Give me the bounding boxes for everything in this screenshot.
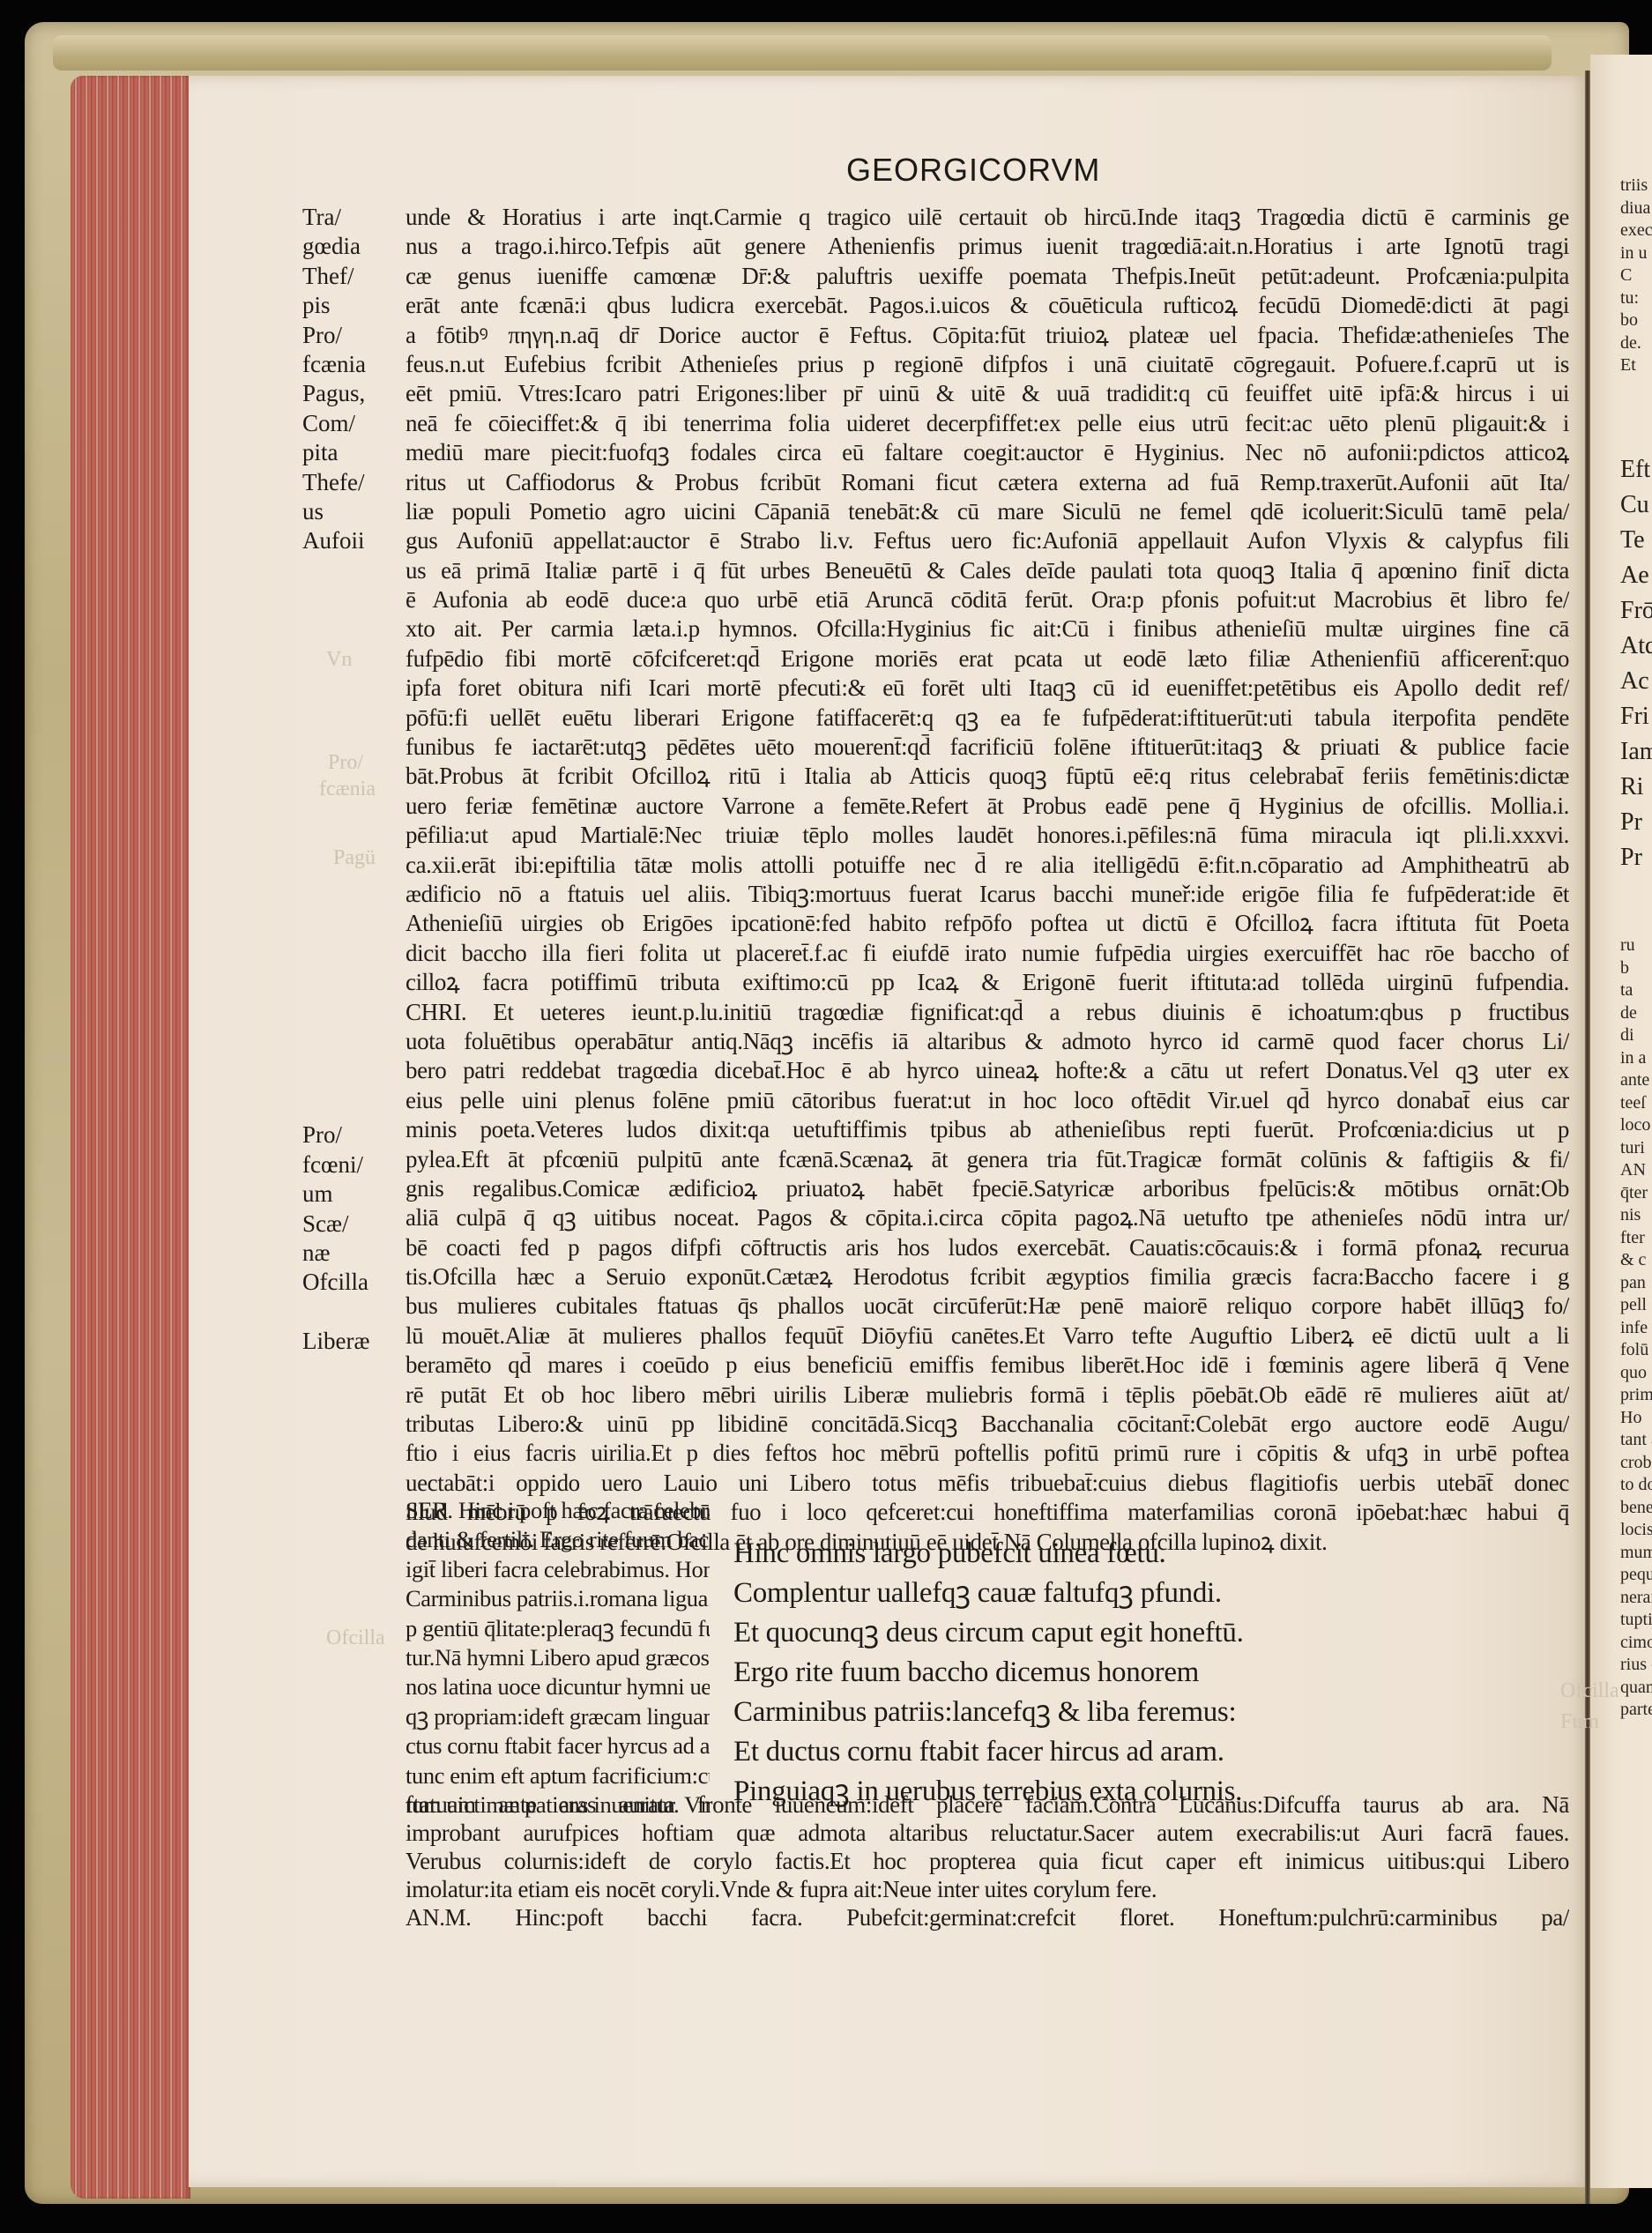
margin-note: Pro/ (302, 1120, 342, 1150)
text-line: tis.Ofcilla hæc a Seruio exponūt.Cætæꝝ H… (406, 1262, 1569, 1291)
text-line: neā fe cōieciffet:& q̄ ibi tenerrima fol… (406, 409, 1569, 438)
right-page-verse-line: Pr (1620, 805, 1652, 840)
commentary-line: SER. Hinc.i.poft hæc facra celebrata. La… (406, 1496, 710, 1525)
right-page-line: triis (1620, 175, 1652, 197)
right-page-line: teeſ (1620, 1092, 1652, 1115)
right-page-line: locis ta (1620, 1519, 1652, 1542)
verse-line: Ergo rite fuum baccho dicemus honorem (733, 1653, 1571, 1693)
right-page-verse-line: Ri (1620, 770, 1652, 805)
text-line: uero feriæ femētinæ auctore Varrone a fe… (406, 792, 1569, 821)
right-page-line: prim (1620, 1384, 1652, 1407)
margin-note: Pro/ (302, 321, 342, 350)
text-line: CHRI. Et ueteres ieunt.p.lu.initiū tragœ… (406, 998, 1569, 1027)
ghost-note: Ofcilla (326, 1626, 385, 1650)
text-line: ædificio nō a ftatuis uel aliis. Tibiqꝫ:… (406, 880, 1569, 909)
margin-note: Ofcilla (302, 1268, 368, 1297)
verse-line: Et ductus cornu ftabit facer hircus ad a… (733, 1732, 1571, 1772)
right-page-line: AN (1620, 1159, 1652, 1182)
right-page-line: Ho (1620, 1407, 1652, 1430)
right-page-line: C (1620, 264, 1652, 287)
margin-note: gœdia (302, 232, 361, 261)
text-line: cæ genus iueniffe camœnæ Dr̄:& paluftris… (406, 262, 1569, 291)
text-line: fufpēdio fibi mortē cōfcifceret:qd̄ Erig… (406, 644, 1569, 674)
text-line: us eā primā Italiæ partē i q̄ fūt urbes … (406, 556, 1569, 585)
text-line: pōfū:fi uellēt euētu liberari Erigone fa… (406, 703, 1569, 733)
text-line: Athenieſiū uirgies ob Erigōes ipcationē:… (406, 909, 1569, 938)
margin-note: Pagus, (302, 379, 365, 408)
right-page-verse-line: Ac (1620, 664, 1652, 699)
right-page-verse-line: Ae (1620, 558, 1652, 593)
right-page-line: de (1620, 1002, 1652, 1025)
text-line: ē Aufonia ab eodē duce:a quo urbē etiā A… (406, 585, 1569, 614)
commentary-line: nos latina uoce dicuntur hymni uero matr… (406, 1672, 710, 1701)
text-line: eius pelle uini plenus folēne pmiū cātor… (406, 1086, 1569, 1115)
right-page-line: ta (1620, 979, 1652, 1002)
text-line: funibus fe iactarēt:utqꝫ pēdētes uēto mo… (406, 733, 1569, 762)
right-page-lower-text: rubtadediin aanteteeſlocoturi ANq̄ternis… (1620, 934, 1652, 1722)
ghost-note: Pro/ (328, 751, 363, 775)
text-line: uota foluētibus operabātur antiq.Nāqꝫ in… (406, 1027, 1569, 1056)
right-page-line: nis (1620, 1204, 1652, 1227)
right-page-verse-line: Fri (1620, 699, 1652, 734)
binding-top-edge (53, 35, 1552, 71)
commentary-line: ctus cornu ftabit facer hyrcus ad arā:ft… (406, 1731, 710, 1760)
right-page-line: quo (1620, 1362, 1652, 1385)
lower-commentary-block: ftatuam ante aras aurata fronte iuuencum… (406, 1790, 1569, 1932)
margin-note: us (302, 497, 324, 526)
right-page-line: b (1620, 957, 1652, 980)
text-line: ritus ut Caffiodorus & Probus fcribūt Ro… (406, 468, 1569, 497)
text-line: pylea.Eft āt pfcœniū pulpitū ante fcænā.… (406, 1145, 1569, 1174)
text-line: ftatuam ante aras aurata fronte iuuencum… (406, 1790, 1569, 1819)
text-line: bero patri reddebat tragœdia dicebat̄.Ho… (406, 1056, 1569, 1085)
text-line: bāt.Probus āt fcribit Ofcilloꝝ ritū i It… (406, 762, 1569, 791)
right-page-line: ante (1620, 1069, 1652, 1092)
right-page-line: bene u (1620, 1497, 1652, 1520)
commentary-line: qꝫ propriam:ideft græcam linguam requiru… (406, 1702, 710, 1731)
right-page-line: di (1620, 1024, 1652, 1047)
text-line: Verubus colurnis:ideft de corylo factis.… (406, 1847, 1569, 1875)
commentary-line: danti & fertili. Ergo rite fuum baccho d… (406, 1525, 710, 1554)
right-page-line: to do (1620, 1474, 1652, 1497)
text-line: bus mulieres cubitales ftatuas q̄s phall… (406, 1291, 1569, 1321)
text-line: tributas Libero:& uinū pp libidinē conci… (406, 1410, 1569, 1439)
text-line: ipfa foret obitura nifi Icari mortē pfec… (406, 674, 1569, 703)
right-page-line: bo (1620, 309, 1652, 332)
right-page-verse-line: Eft (1620, 452, 1652, 488)
margin-note: fcœni/ (302, 1150, 363, 1180)
verse-block: Hinc omnis largo pubefcit uinea fœtu.Com… (733, 1534, 1571, 1812)
right-page-line: de. (1620, 332, 1652, 355)
text-line: mediū mare piecit:fuofqꝫ fodales circa e… (406, 438, 1569, 467)
right-page-line: neran (1620, 1587, 1652, 1610)
text-line: nus a trago.i.hirco.Tefpis aūt genere At… (406, 232, 1569, 261)
commentary-line: p gentiū q̄litate:pleraqꝫ fecundū fuum r… (406, 1614, 710, 1643)
right-page-line: Et (1620, 354, 1652, 377)
commentary-line: igit̄ liberi facra celebrabimus. Honeftū… (406, 1555, 710, 1584)
right-page-line: pequa (1620, 1564, 1652, 1587)
margin-note: Aufoii (302, 526, 365, 555)
right-page-line: & c (1620, 1249, 1652, 1272)
margin-note: Liberæ (302, 1327, 369, 1356)
right-page-line: in a (1620, 1047, 1652, 1070)
text-line: lū mouēt.Aliæ āt mulieres phallos fequūt… (406, 1321, 1569, 1351)
text-line: uectabāt:i oppido uero Lauio uni Libero … (406, 1469, 1569, 1498)
margin-note: Thefe/ (302, 468, 364, 497)
margin-note: Com/ (302, 409, 355, 438)
commentary-line: Carminibus patriis.i.romana ligua.Pleraq… (406, 1584, 710, 1613)
text-line: cilloꝝ facra potiffimū tributa exiftimo:… (406, 968, 1569, 997)
right-page-line: cimof (1620, 1632, 1652, 1655)
text-line: dicit baccho illa fieri folita ut placer… (406, 939, 1569, 968)
text-line: improbant aurufpices hoftiam quæ admota … (406, 1819, 1569, 1847)
text-line: bē coacti fed p pagos difpfi cōftructis … (406, 1233, 1569, 1262)
right-page-line: tu: (1620, 287, 1652, 310)
right-page-line: q̄ter (1620, 1182, 1652, 1205)
text-line: imolatur:ita etiam eis nocēt coryli.Vnde… (406, 1875, 1569, 1903)
right-page-line: in u (1620, 242, 1652, 265)
right-page-line: tant a (1620, 1429, 1652, 1452)
verse-line: Hinc omnis largo pubefcit uinea fœtu. (733, 1534, 1571, 1574)
right-page-line: diua (1620, 197, 1652, 220)
text-line: minis poeta.Veteres ludos dixit:qa uetuf… (406, 1115, 1569, 1144)
right-page-line: pan (1620, 1272, 1652, 1295)
text-line: feus.n.ut Eufebius fcribit Athenieſes pr… (406, 350, 1569, 379)
text-line: gnis regalibus.Comicæ ædificioꝝ priuatoꝝ… (406, 1174, 1569, 1203)
right-page-verse: EftCuTeAeFrōAtqAcFriIamRiPrPr (1620, 452, 1652, 875)
right-page-line: folū (1620, 1339, 1652, 1362)
text-line: ftio i eius facris uirilia.Et p dies fef… (406, 1439, 1569, 1468)
right-page-top-text: triisdiuaexecin u Ctu:bode.Et (1620, 175, 1652, 377)
right-page-line: pell (1620, 1294, 1652, 1317)
text-line: gus Aufoniū appellat:auctor ē Strabo li.… (406, 526, 1569, 555)
right-page-line: ru (1620, 934, 1652, 957)
margin-note: pis (302, 291, 331, 320)
commentary-line: tunc enim eft aptum facrificium:cum anim… (406, 1761, 710, 1790)
right-page-line: parte,S (1620, 1699, 1652, 1722)
right-page-verse-line: Frō (1620, 593, 1652, 629)
text-line: ca.xii.erāt ibi:epiftilia tātæ molis att… (406, 851, 1569, 880)
text-line: eēt pmiū. Vtres:Icaro patri Erigones:lib… (406, 379, 1569, 408)
text-line: erāt ante fcænā:i qbus ludicra exercebāt… (406, 291, 1569, 320)
margin-note: um (302, 1180, 333, 1209)
margin-note: pita (302, 438, 339, 467)
ghost-note: Vn (326, 648, 352, 672)
right-page-verse-line: Cu (1620, 488, 1652, 523)
right-page-line: crobi (1620, 1452, 1652, 1475)
red-page-edges (71, 76, 190, 2199)
right-page-verse-line: Atq (1620, 629, 1652, 664)
right-page-line: fter (1620, 1227, 1652, 1250)
verse-line: Et quocunqꝫ deus circum caput egit honef… (733, 1613, 1571, 1653)
right-page-verse-line: Iam (1620, 734, 1652, 770)
right-page-line: exec (1620, 220, 1652, 242)
right-page-line: infe (1620, 1317, 1652, 1340)
margin-note: Thef/ (302, 262, 353, 291)
text-line: xto ait. Per carmia læta.i.p hymnos. Ofc… (406, 614, 1569, 644)
text-line: beramēto qd̄ mares i coeūdo p eius benef… (406, 1351, 1569, 1380)
verse-line: Carminibus patriis:lancefqꝫ & liba ferem… (733, 1693, 1571, 1732)
right-page-line: loco (1620, 1114, 1652, 1137)
right-page-line: rius co (1620, 1654, 1652, 1677)
commentary-column: SER. Hinc.i.poft hæc facra celebrata. La… (406, 1496, 710, 1820)
text-line: a fōtibꝰ πηγη.n.aq̄ dr̄ Dorice auctor ē … (406, 321, 1569, 350)
text-line: rē putāt Et ob hoc libero mēbri uirilis … (406, 1381, 1569, 1410)
right-page-line: tuptio (1620, 1609, 1652, 1632)
text-line: AN.M. Hinc:poft bacchi facra. Pubefcit:g… (406, 1903, 1569, 1932)
margin-note: Tra/ (302, 203, 341, 232)
right-page-line: quam (1620, 1677, 1652, 1700)
margin-note: fcænia (302, 350, 366, 379)
right-page-line: mum (1620, 1542, 1652, 1565)
main-commentary-block: unde & Horatius i arte inqt.Carmie q tra… (406, 203, 1569, 1557)
right-page-verse-line: Te (1620, 523, 1652, 558)
ghost-note: Pagü (333, 846, 376, 870)
commentary-line: tur.Nā hymni Libero apud græcos græca ap… (406, 1643, 710, 1672)
margin-note: næ (302, 1239, 331, 1268)
ghost-note: fcænia (319, 778, 376, 801)
text-line: aliā culpā q̄ qꝫ uitibus noceat. Pagos &… (406, 1203, 1569, 1232)
text-line: liæ populi Pometio agro uicini Cāpaniā t… (406, 497, 1569, 526)
margin-note: Scæ/ (302, 1210, 349, 1239)
text-line: unde & Horatius i arte inqt.Carmie q tra… (406, 203, 1569, 232)
right-page-verse-line: Pr (1620, 840, 1652, 875)
right-page-line: turi (1620, 1137, 1652, 1160)
text-line: pēfilia:ut apud Martialē:Nec triuiæ tēpl… (406, 821, 1569, 850)
verse-line: Complentur uallefqꝫ cauæ faltufqꝫ pfundi… (733, 1574, 1571, 1613)
running-title: GEORGICORVM (846, 152, 1100, 189)
